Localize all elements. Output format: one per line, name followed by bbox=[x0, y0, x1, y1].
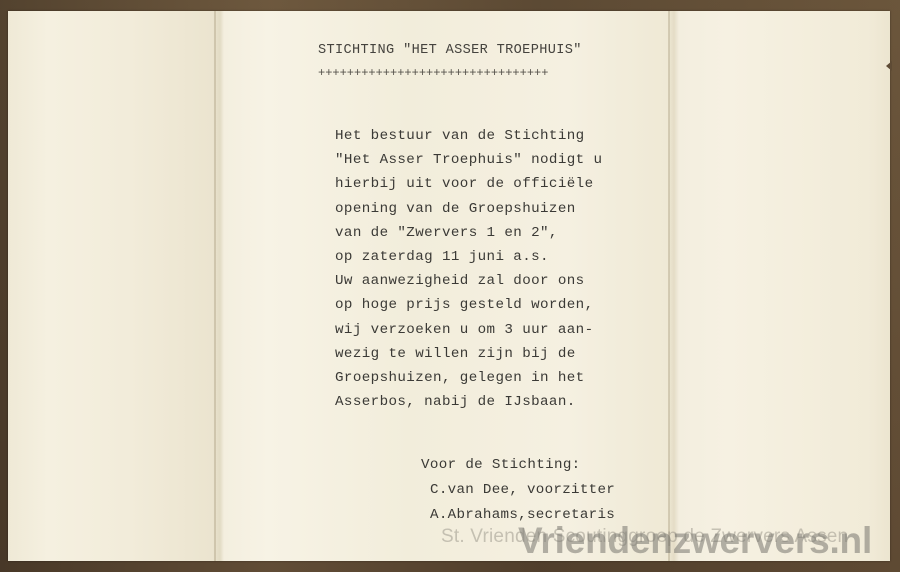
body-line: Asserbos, nabij de IJsbaan. bbox=[335, 390, 602, 414]
closing-salutation: Voor de Stichting: bbox=[421, 457, 581, 473]
body-line: wezig te willen zijn bij de bbox=[335, 342, 602, 366]
watermark-website: Vriendenzwervers.nl bbox=[518, 519, 872, 563]
body-line: Groepshuizen, gelegen in het bbox=[335, 366, 602, 390]
title-underline-rule: ++++++++++++++++++++++++++++++++ bbox=[318, 66, 548, 80]
fold-line-left bbox=[214, 11, 216, 561]
body-line: hierbij uit voor de officiële bbox=[335, 172, 602, 196]
body-line: Uw aanwezigheid zal door ons bbox=[335, 269, 602, 293]
letter-body: Het bestuur van de Stichting "Het Asser … bbox=[335, 124, 602, 414]
body-line: op hoge prijs gesteld worden, bbox=[335, 293, 602, 317]
signatory-chairman: C.van Dee, voorzitter bbox=[430, 478, 615, 503]
letter-title: STICHTING "HET ASSER TROEPHUIS" bbox=[318, 43, 582, 58]
body-line: van de "Zwervers 1 en 2", bbox=[335, 221, 602, 245]
fold-line-right bbox=[668, 11, 670, 561]
body-line: op zaterdag 11 juni a.s. bbox=[335, 245, 602, 269]
body-line: opening van de Groepshuizen bbox=[335, 197, 602, 221]
body-line: "Het Asser Troephuis" nodigt u bbox=[335, 148, 602, 172]
paper-tear bbox=[886, 61, 892, 71]
body-line: Het bestuur van de Stichting bbox=[335, 124, 602, 148]
body-line: wij verzoeken u om 3 uur aan- bbox=[335, 318, 602, 342]
